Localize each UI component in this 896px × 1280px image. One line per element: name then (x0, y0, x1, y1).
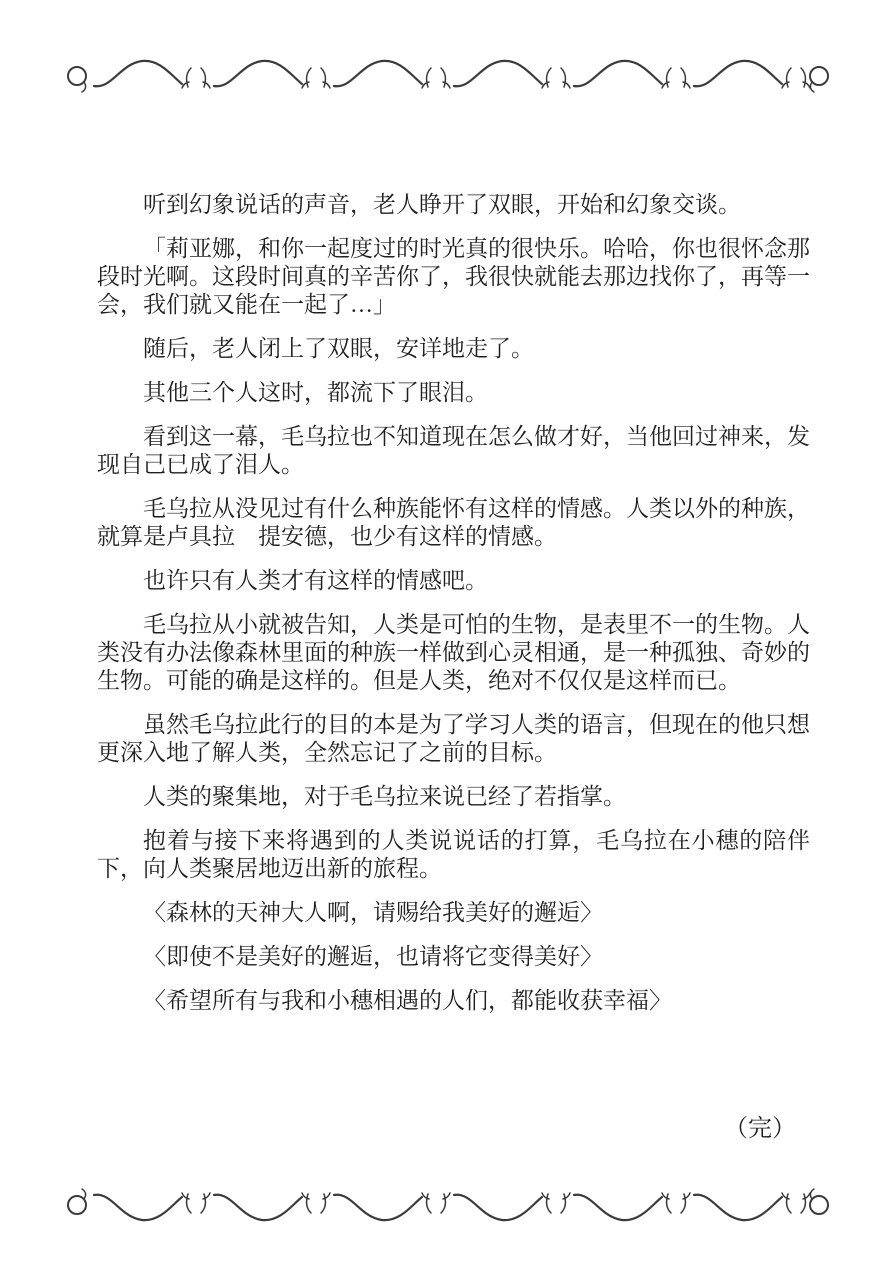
end-mark: （完） (97, 1115, 810, 1143)
paragraph: 〈森林的天神大人啊，请赐给我美好的邂逅〉 (97, 899, 810, 927)
paragraph: 也许只有人类才有这样的情感吧。 (97, 567, 810, 595)
paragraph: 毛乌拉从小就被告知，人类是可怕的生物，是表里不一的生物。人类没有办法像森林里面的… (97, 611, 810, 695)
paragraph: 其他三个人这时，都流下了眼泪。 (97, 379, 810, 407)
paragraph: 看到这一幕，毛乌拉也不知道现在怎么做才好，当他回过神来，发现自己已成了泪人。 (97, 423, 810, 479)
paragraph: 人类的聚集地，对于毛乌拉来说已经了若指掌。 (97, 783, 810, 811)
paragraph: 〈即使不是美好的邂逅，也请将它变得美好〉 (97, 943, 810, 971)
paragraph: 「莉亚娜，和你一起度过的时光真的很快乐。哈哈，你也很怀念那段时光啊。这段时间真的… (97, 235, 810, 319)
flourish-bottom-border-icon (60, 1185, 836, 1229)
page-content: 听到幻象说话的声音，老人睁开了双眼，开始和幻象交谈。 「莉亚娜，和你一起度过的时… (97, 191, 810, 1143)
paragraph: 虽然毛乌拉此行的目的本是为了学习人类的语言，但现在的他只想更深入地了解人类，全然… (97, 711, 810, 767)
paragraph: 毛乌拉从没见过有什么种族能怀有这样的情感。人类以外的种族，就算是卢具拉 提安德，… (97, 495, 810, 551)
paragraph: 抱着与接下来将遇到的人类说说话的打算，毛乌拉在小穗的陪伴下，向人类聚居地迈出新的… (97, 827, 810, 883)
paragraph: 听到幻象说话的声音，老人睁开了双眼，开始和幻象交谈。 (97, 191, 810, 219)
book-page: 听到幻象说话的声音，老人睁开了双眼，开始和幻象交谈。 「莉亚娜，和你一起度过的时… (0, 0, 896, 1280)
paragraph: 随后，老人闭上了双眼，安详地走了。 (97, 335, 810, 363)
flourish-top-border-icon (60, 52, 836, 96)
paragraph: 〈希望所有与我和小穗相遇的人们，都能收获幸福〉 (97, 987, 810, 1015)
